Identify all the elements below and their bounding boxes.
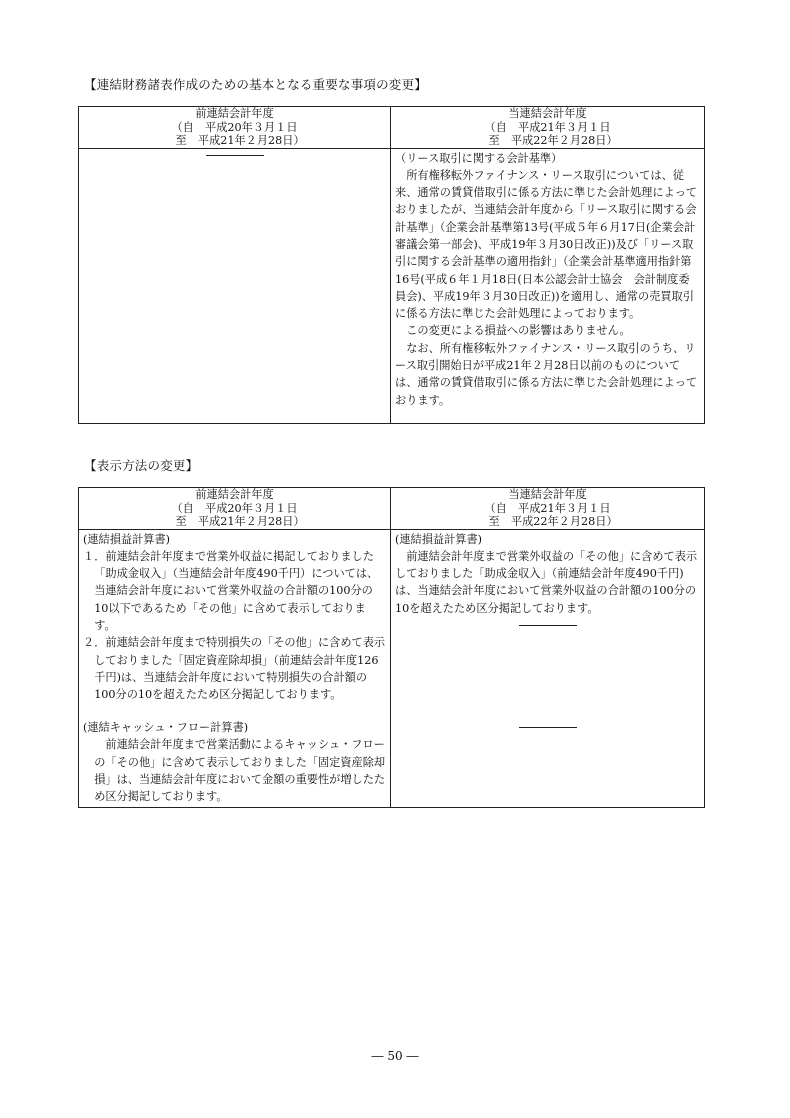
prior-year-cell: (連結キャッシュ・フロー計算書) 前連結会計年度まで営業活動によるキャッシュ・フ… <box>79 718 391 808</box>
current-year-header: 当連結会計年度 （自 平成21年３月１日 至 平成22年２月28日） <box>391 488 705 530</box>
prior-year-to: 至 平成21年２月28日） <box>79 134 390 148</box>
section-title-presentation-changes: 【表示方法の変更】 <box>84 456 198 474</box>
cash-flow-paragraph: 前連結会計年度まで営業活動によるキャッシュ・フローの「その他」に含めて表示してお… <box>83 736 386 805</box>
current-year-label: 当連結会計年度 <box>391 488 704 502</box>
prior-year-from: （自 平成20年３月１日 <box>79 502 390 516</box>
none-dash <box>206 155 264 156</box>
income-statement-heading: (連結損益計算書) <box>83 531 386 548</box>
table-row: (連結キャッシュ・フロー計算書) 前連結会計年度まで営業活動によるキャッシュ・フ… <box>79 718 705 808</box>
table-header-row: 前連結会計年度 （自 平成20年３月１日 至 平成21年２月28日） 当連結会計… <box>79 107 705 149</box>
current-year-to: 至 平成22年２月28日） <box>391 515 704 529</box>
table-row: （リース取引に関する会計基準） 所有権移転外ファイナンス・リース取引については、… <box>79 148 705 423</box>
lease-standard-paragraph: 所有権移転外ファイナンス・リース取引については、従来、通常の賃貸借取引に係る方法… <box>395 167 700 323</box>
prior-year-header: 前連結会計年度 （自 平成20年３月１日 至 平成21年２月28日） <box>79 107 391 149</box>
current-year-cell: （リース取引に関する会計基準） 所有権移転外ファイナンス・リース取引については、… <box>391 148 705 423</box>
current-year-cell: (連結損益計算書) 前連結会計年度まで営業外収益の「その他」に含めて表示しており… <box>391 529 705 718</box>
current-year-from: （自 平成21年３月１日 <box>391 502 704 516</box>
income-statement-heading: (連結損益計算書) <box>395 531 700 548</box>
prior-year-label: 前連結会計年度 <box>79 107 390 121</box>
section-title-accounting-policy-changes: 【連結財務諸表作成のための基本となる重要な事項の変更】 <box>84 75 427 93</box>
transition-paragraph: なお、所有権移転外ファイナンス・リース取引のうち、リース取引開始日が平成21年２… <box>395 340 700 409</box>
list-item: ２．前連結会計年度まで特別損失の「その他」に含めて表示しておりました「固定資産除… <box>83 634 386 703</box>
presentation-changes-table: 前連結会計年度 （自 平成20年３月１日 至 平成21年２月28日） 当連結会計… <box>78 487 705 808</box>
current-year-cell <box>391 718 705 808</box>
none-dash <box>519 625 577 626</box>
impact-paragraph: この変更による損益への影響はありません。 <box>395 322 700 339</box>
page-number: ― 50 ― <box>0 1049 790 1063</box>
current-year-label: 当連結会計年度 <box>391 107 704 121</box>
cash-flow-heading: (連結キャッシュ・フロー計算書) <box>83 719 386 736</box>
table-row: (連結損益計算書) １．前連結会計年度まで営業外収益に掲記しておりました「助成金… <box>79 529 705 718</box>
accounting-policy-changes-table: 前連結会計年度 （自 平成20年３月１日 至 平成21年２月28日） 当連結会計… <box>78 106 705 424</box>
prior-year-cell <box>79 148 391 423</box>
current-year-to: 至 平成22年２月28日） <box>391 134 704 148</box>
prior-year-to: 至 平成21年２月28日） <box>79 515 390 529</box>
prior-year-cell: (連結損益計算書) １．前連結会計年度まで営業外収益に掲記しておりました「助成金… <box>79 529 391 718</box>
current-year-header: 当連結会計年度 （自 平成21年３月１日 至 平成22年２月28日） <box>391 107 705 149</box>
subsidy-income-paragraph: 前連結会計年度まで営業外収益の「その他」に含めて表示しておりました「助成金収入」… <box>395 548 700 617</box>
prior-year-from: （自 平成20年３月１日 <box>79 121 390 135</box>
none-dash <box>519 727 577 728</box>
table-header-row: 前連結会計年度 （自 平成20年３月１日 至 平成21年２月28日） 当連結会計… <box>79 488 705 530</box>
prior-year-header: 前連結会計年度 （自 平成20年３月１日 至 平成21年２月28日） <box>79 488 391 530</box>
lease-standard-heading: （リース取引に関する会計基準） <box>395 150 700 167</box>
prior-year-label: 前連結会計年度 <box>79 488 390 502</box>
list-item: １．前連結会計年度まで営業外収益に掲記しておりました「助成金収入」（当連結会計年… <box>83 548 386 634</box>
current-year-from: （自 平成21年３月１日 <box>391 121 704 135</box>
